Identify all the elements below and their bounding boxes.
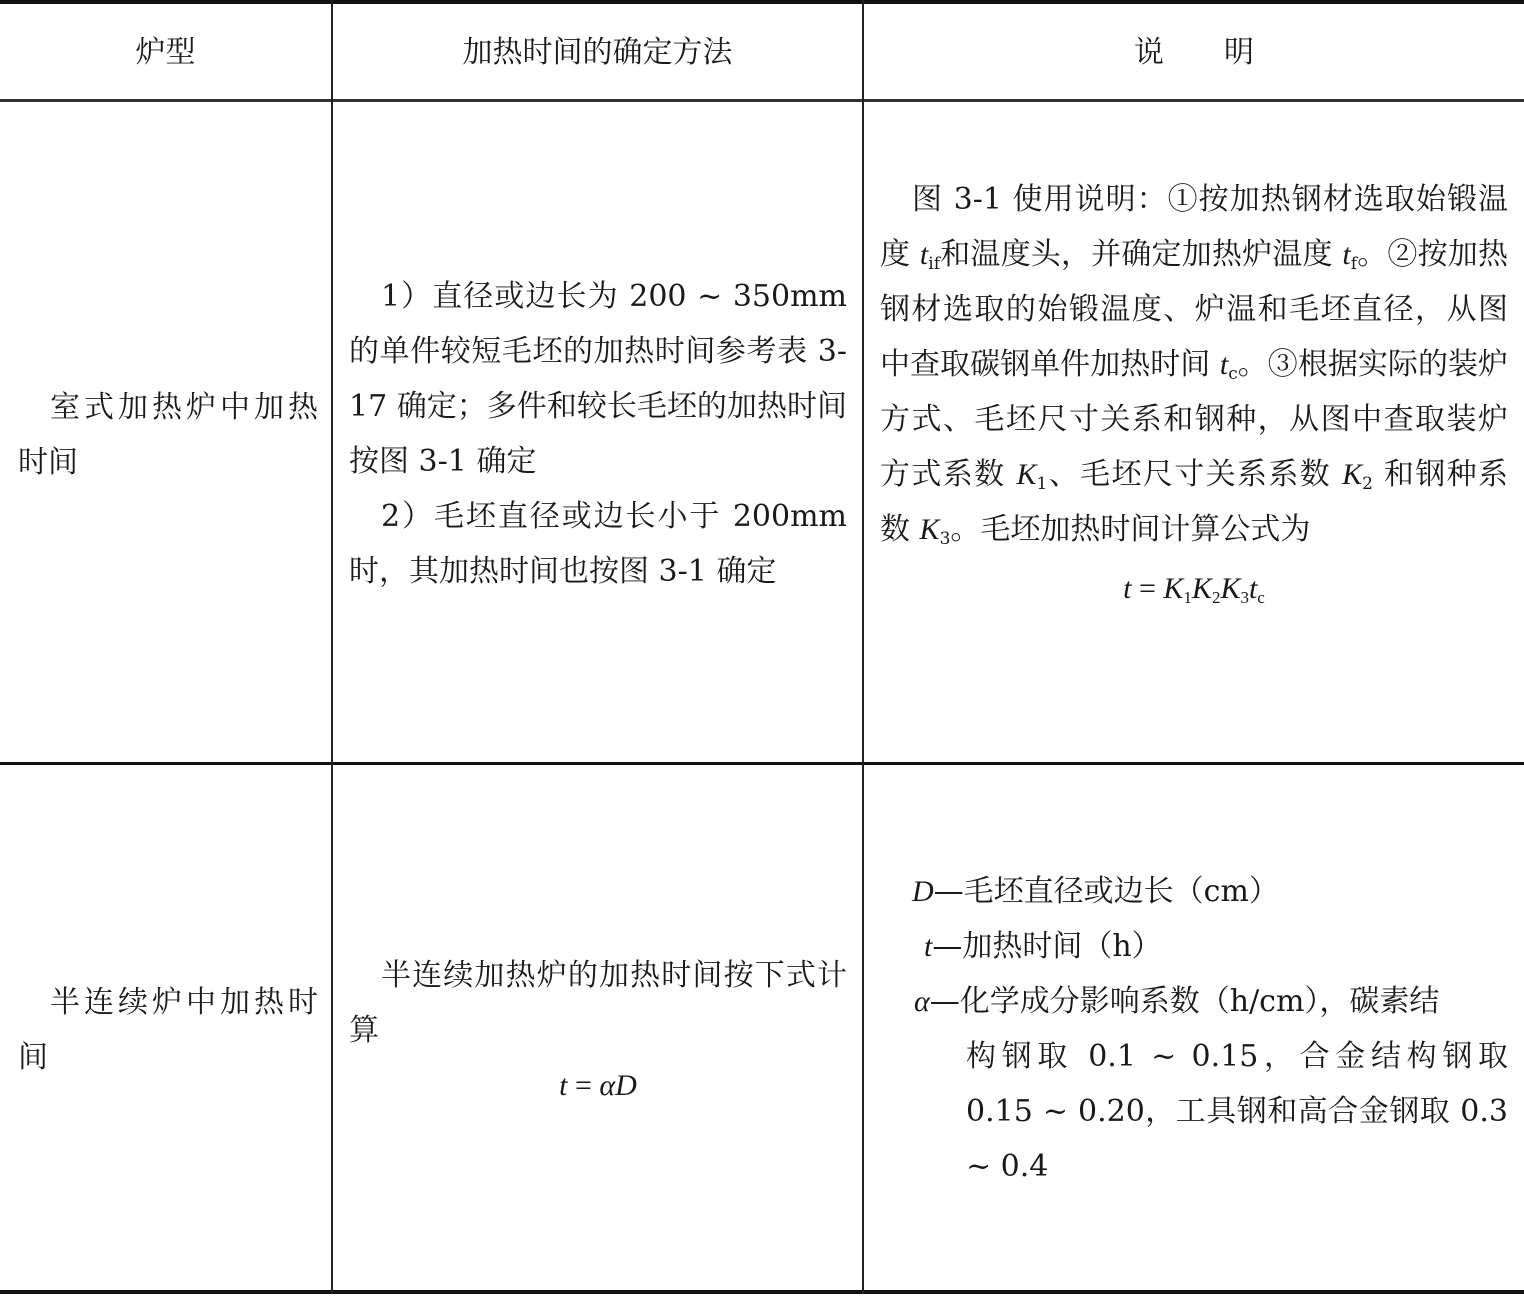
- var-t-definition: t—加热时间（h）: [880, 919, 1508, 974]
- column-divider-1: [331, 0, 333, 1294]
- header-furnace-type: 炉型: [0, 25, 331, 80]
- row1-description: 图 3-1 使用说明：①按加热钢材选取始锻温度 tif和温度头，并确定加热炉温度…: [880, 172, 1508, 616]
- method-text: 半连续加热炉的加热时间按下式计算: [349, 948, 847, 1058]
- heating-time-table: 炉型 加热时间的确定方法 说 明 室式加热炉中加热时间 1）直径或边长为 200…: [0, 0, 1524, 1296]
- row1-furnace-type: 室式加热炉中加热时间: [18, 380, 318, 490]
- row2-description: D—毛坯直径或边长（cm） t—加热时间（h） α—化学成分影响系数（h/cm）…: [880, 864, 1508, 1194]
- var-alpha-values: 构钢取 0.1 ~ 0.15，合金结构钢取 0.15 ~ 0.20，工具钢和高合…: [880, 1029, 1508, 1194]
- row1-method: 1）直径或边长为 200 ~ 350mm的单件较短毛坯的加热时间参考表 3-17…: [349, 269, 847, 599]
- row-divider: [0, 762, 1524, 765]
- row2-furnace-type: 半连续炉中加热时间: [18, 975, 318, 1085]
- column-divider-2: [862, 0, 864, 1294]
- heating-time-formula: t = K1K2K3tc: [880, 561, 1508, 616]
- var-d-definition: D—毛坯直径或边长（cm）: [880, 864, 1508, 919]
- semi-continuous-formula: t = αD: [349, 1058, 847, 1113]
- usage-instructions: 图 3-1 使用说明：①按加热钢材选取始锻温度 tif和温度头，并确定加热炉温度…: [880, 172, 1508, 557]
- method-item-1: 1）直径或边长为 200 ~ 350mm的单件较短毛坯的加热时间参考表 3-17…: [349, 269, 847, 489]
- var-alpha-definition: α—化学成分影响系数（h/cm），碳素结: [880, 974, 1508, 1029]
- header-description: 说 明: [864, 25, 1524, 80]
- top-rule: [0, 0, 1524, 4]
- row2-method: 半连续加热炉的加热时间按下式计算 t = αD: [349, 948, 847, 1113]
- header-rule: [0, 99, 1524, 102]
- method-item-2: 2）毛坯直径或边长小于 200mm时，其加热时间也按图 3-1 确定: [349, 489, 847, 599]
- header-method: 加热时间的确定方法: [333, 25, 862, 80]
- bottom-rule: [0, 1290, 1524, 1294]
